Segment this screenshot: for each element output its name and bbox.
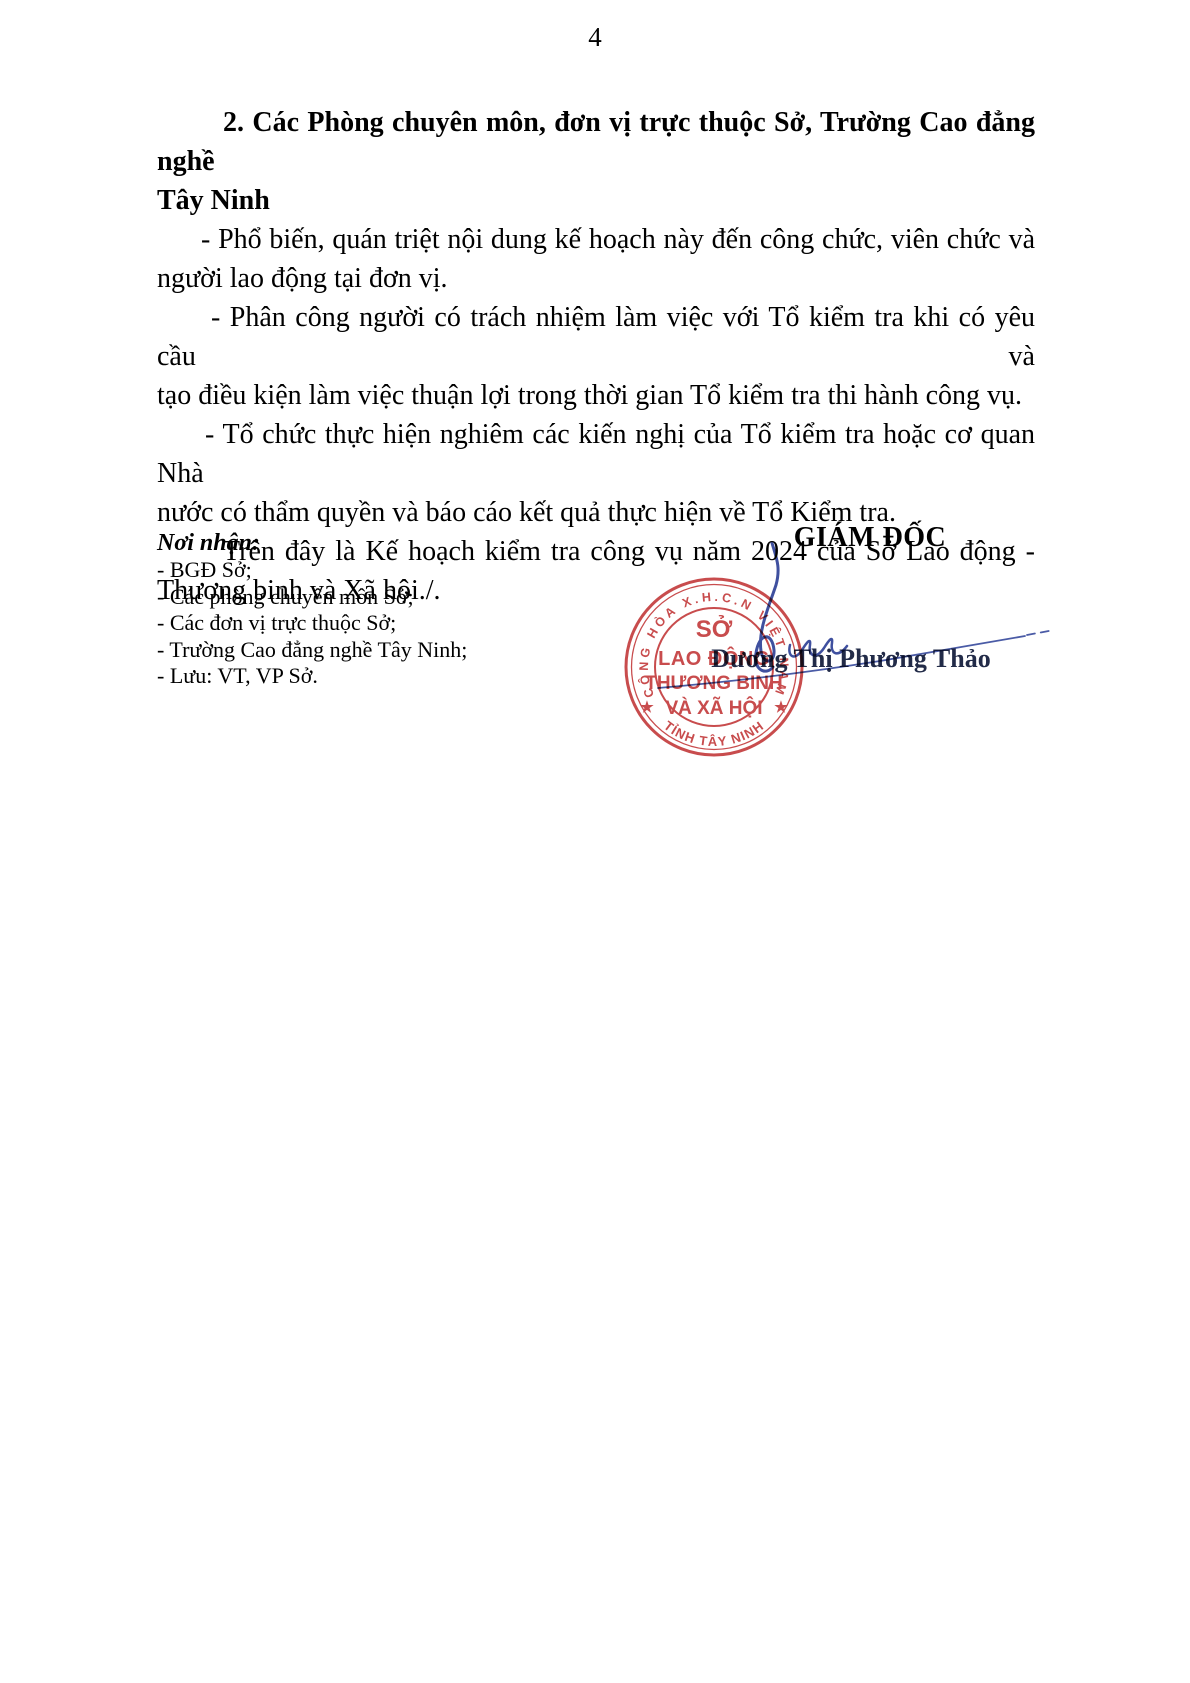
stamp-star-left-icon: ★ bbox=[640, 699, 654, 716]
recipient-item: - Các đơn vị trực thuộc Sở; bbox=[157, 610, 557, 637]
recipient-item: - Lưu: VT, VP Sở. bbox=[157, 663, 557, 690]
signature-ink bbox=[640, 533, 1065, 701]
document-page: 4 2. Các Phòng chuyên môn, đơn vị trực t… bbox=[0, 0, 1190, 1683]
paragraph-line: - Phổ biến, quán triệt nội dung kế hoạch… bbox=[157, 220, 1035, 259]
stamp-bottom-arc-text: TỈNH TÂY NINH bbox=[661, 718, 767, 749]
recipients-block: Nơi nhận: - BGĐ Sở; - Các phòng chuyên m… bbox=[157, 529, 557, 690]
recipient-item: - Trường Cao đẳng nghề Tây Ninh; bbox=[157, 637, 557, 664]
heading-line: Tây Ninh bbox=[157, 181, 1035, 220]
recipients-label: Nơi nhận: bbox=[157, 529, 557, 557]
paragraph: - Phổ biến, quán triệt nội dung kế hoạch… bbox=[157, 220, 1035, 298]
stamp-star-right-icon: ★ bbox=[774, 699, 788, 716]
page-number: 4 bbox=[0, 22, 1190, 53]
paragraph-line: - Phân công người có trách nhiệm làm việ… bbox=[157, 298, 1035, 376]
section-heading: 2. Các Phòng chuyên môn, đơn vị trực thu… bbox=[157, 103, 1035, 220]
paragraph-line: tạo điều kiện làm việc thuận lợi trong t… bbox=[157, 376, 1035, 415]
recipient-item: - Các phòng chuyên môn Sở; bbox=[157, 584, 557, 611]
heading-line: 2. Các Phòng chuyên môn, đơn vị trực thu… bbox=[157, 103, 1035, 181]
paragraph-line: - Tổ chức thực hiện nghiêm các kiến nghị… bbox=[157, 415, 1035, 493]
recipient-item: - BGĐ Sở; bbox=[157, 557, 557, 584]
paragraph: - Tổ chức thực hiện nghiêm các kiến nghị… bbox=[157, 415, 1035, 532]
paragraph: - Phân công người có trách nhiệm làm việ… bbox=[157, 298, 1035, 415]
paragraph-line: người lao động tại đơn vị. bbox=[157, 259, 1035, 298]
